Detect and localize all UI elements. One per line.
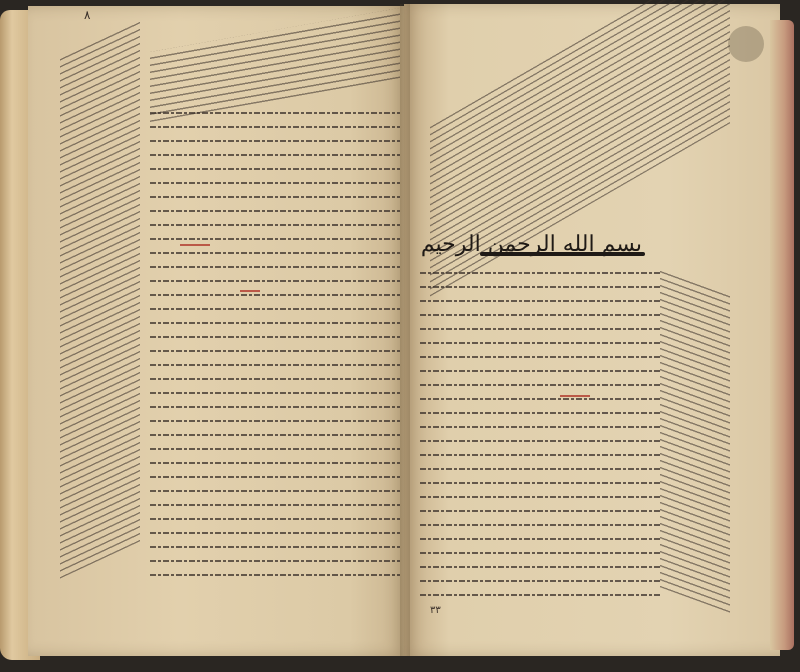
open-manuscript: ٨ بسم الله الرحمن الرحيم ٣٣ [0,0,800,672]
folio-number: ٨ [84,8,90,22]
stain-mark [728,26,764,62]
right-page-edges [770,20,794,650]
basmala-heading: بسم الله الرحمن الرحيم [412,232,642,264]
rubric-mark [240,290,260,292]
rubric-mark [180,244,210,246]
catchword: ٣٣ [430,605,441,616]
rubric-mark [560,395,590,397]
right-side-marginalia [660,267,730,612]
book-gutter [400,4,410,656]
basmala-stroke [480,252,645,256]
right-main-text [420,272,660,608]
left-main-text [150,112,400,588]
left-marginalia [60,21,140,578]
